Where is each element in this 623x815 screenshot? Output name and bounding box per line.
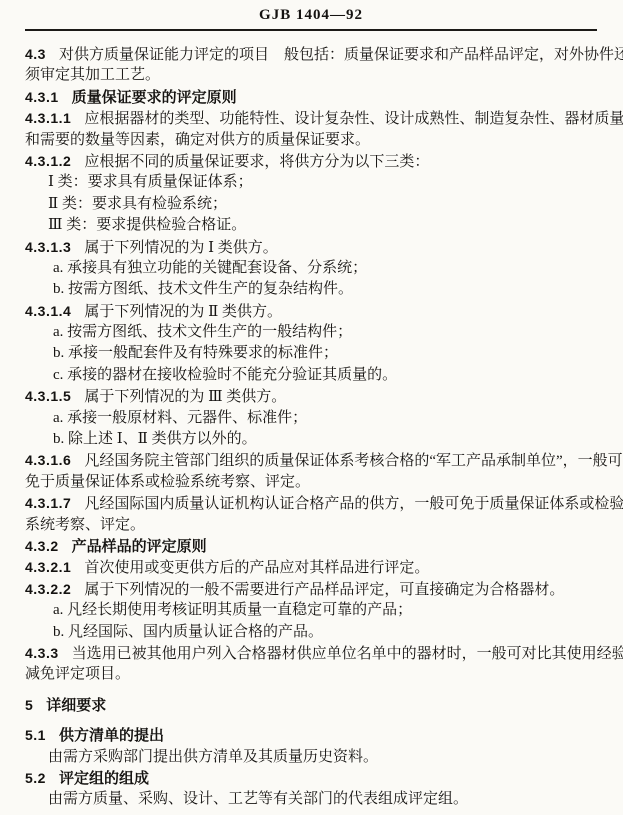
clause-number: 4.3.1.7: [25, 495, 71, 511]
clause-number: 4.3.1.4: [25, 303, 71, 319]
clause-number: 5.2: [25, 770, 46, 786]
clause-text: 属于下列情况的为 Ⅲ 类供方。: [84, 389, 286, 405]
clause-text: c. 承接的器材在接收检验时不能充分验证其质量的。: [53, 367, 397, 383]
text-line: c. 承接的器材在接收检验时不能充分验证其质量的。: [25, 365, 597, 386]
clause-text: a. 凡经长期使用考核证明其质量一直稳定可靠的产品；: [53, 602, 412, 618]
text-line: Ⅱ 类：要求具有检验系统；: [25, 194, 597, 215]
clause-number: 5: [25, 697, 33, 713]
clause-line: 4.3.1.5属于下列情况的为 Ⅲ 类供方。: [25, 386, 597, 407]
clause-line: 4.3.3当选用已被其他用户列入合格器材供应单位名单中的器材时，一般可对比其使用…: [25, 643, 597, 664]
clause-line: 4.3.1.7凡经国际国内质量认证机构认证合格产品的供方，一般可免于质量保证体系…: [25, 493, 597, 514]
clause-text: Ⅲ 类：要求提供检验合格证。: [48, 217, 246, 233]
clause-text: 首次使用或变更供方后的产品应对其样品进行评定。: [84, 560, 429, 576]
clause-text: 评定组的组成: [59, 770, 149, 787]
clause-text: 产品样品的评定原则: [72, 538, 207, 555]
text-line: 须审定其加工工艺。: [25, 65, 597, 86]
clause-text: 须审定其加工工艺。: [25, 67, 160, 83]
clause-number: 4.3.1.1: [25, 110, 71, 126]
text-line: b. 除上述 Ⅰ、Ⅱ 类供方以外的。: [25, 429, 597, 450]
clause-number: 4.3.1.3: [25, 239, 71, 255]
text-line: 系统考察、评定。: [25, 515, 597, 536]
clause-number: 4.3: [25, 46, 46, 62]
clause-line: 4.3.2产品样品的评定原则: [25, 536, 597, 557]
clause-number: 4.3.1.6: [25, 452, 71, 468]
text-line: b. 承接一般配套件及有特殊要求的标准件；: [25, 343, 597, 364]
clause-line: 5.2评定组的组成: [25, 768, 597, 789]
clause-line: 4.3.1.6凡经国务院主管部门组织的质量保证体系考核合格的“军工产品承制单位”…: [25, 450, 597, 471]
text-line: Ⅰ 类：要求具有质量保证体系；: [25, 172, 597, 193]
clause-line: 5详细要求: [25, 695, 597, 716]
clause-text: 属于下列情况的一般不需要进行产品样品评定，可直接确定为合格器材。: [84, 582, 564, 598]
clause-text: 由需方采购部门提出供方清单及其质量历史资料。: [48, 749, 378, 765]
clause-line: 4.3.1质量保证要求的评定原则: [25, 87, 597, 108]
clause-text: 应根据不同的质量保证要求，将供方分为以下三类：: [84, 154, 429, 170]
clause-number: 4.3.2: [25, 538, 59, 554]
text-line: a. 承接一般原材料、元器件、标准件；: [25, 408, 597, 429]
clause-number: 4.3.1.5: [25, 388, 71, 404]
clause-line: 4.3对供方质量保证能力评定的项目 般包括：质量保证要求和产品样品评定，对外协件…: [25, 44, 597, 65]
clause-text: 凡经国际国内质量认证机构认证合格产品的供方，一般可免于质量保证体系或检验: [84, 496, 623, 512]
clause-text: b. 承接一般配套件及有特殊要求的标准件；: [53, 345, 338, 361]
clause-text: b. 按需方图纸、技术文件生产的复杂结构件。: [53, 281, 353, 297]
standard-number-header: GJB 1404—92: [25, 6, 597, 24]
clause-text: a. 承接具有独立功能的关键配套设备、分系统；: [53, 260, 367, 276]
document-body: 4.3对供方质量保证能力评定的项目 般包括：质量保证要求和产品样品评定，对外协件…: [25, 44, 597, 811]
clause-line: 4.3.1.3属于下列情况的为 Ⅰ 类供方。: [25, 237, 597, 258]
clause-text: 属于下列情况的为 Ⅱ 类供方。: [84, 304, 282, 320]
clause-text: Ⅱ 类：要求具有检验系统；: [48, 196, 227, 212]
clause-text: 当选用已被其他用户列入合格器材供应单位名单中的器材时，一般可对比其使用经验: [72, 646, 623, 662]
clause-line: 4.3.1.4属于下列情况的为 Ⅱ 类供方。: [25, 301, 597, 322]
clause-text: 供方清单的提出: [59, 727, 164, 744]
clause-line: 4.3.1.1应根据器材的类型、功能特性、设计复杂性、设计成熟性、制造复杂性、器…: [25, 108, 597, 129]
text-line: 减免评定项目。: [25, 664, 597, 685]
text-line: 和需要的数量等因素，确定对供方的质量保证要求。: [25, 130, 597, 151]
clause-text: 免于质量保证体系或检验系统考察、评定。: [25, 474, 310, 490]
text-line: 免于质量保证体系或检验系统考察、评定。: [25, 472, 597, 493]
clause-number: 4.3.2.1: [25, 559, 71, 575]
clause-text: 对供方质量保证能力评定的项目 般包括：质量保证要求和产品样品评定，对外协件还: [59, 47, 623, 63]
clause-line: 4.3.2.1首次使用或变更供方后的产品应对其样品进行评定。: [25, 557, 597, 578]
clause-line: 4.3.1.2应根据不同的质量保证要求，将供方分为以下三类：: [25, 151, 597, 172]
clause-text: 减免评定项目。: [25, 666, 130, 682]
clause-text: 详细要求: [46, 697, 106, 714]
clause-number: 5.1: [25, 727, 46, 743]
document-page: GJB 1404—92 4.3对供方质量保证能力评定的项目 般包括：质量保证要求…: [0, 0, 623, 815]
text-line: 由需方质量、采购、设计、工艺等有关部门的代表组成评定组。: [25, 789, 597, 810]
header-rule: [25, 29, 597, 31]
clause-number: 4.3.1: [25, 89, 59, 105]
clause-line: 5.1供方清单的提出: [25, 725, 597, 746]
clause-text: 由需方质量、采购、设计、工艺等有关部门的代表组成评定组。: [48, 791, 468, 807]
clause-text: Ⅰ 类：要求具有质量保证体系；: [48, 174, 253, 190]
text-line: 由需方采购部门提出供方清单及其质量历史资料。: [25, 747, 597, 768]
clause-text: a. 按需方图纸、技术文件生产的一般结构件；: [53, 324, 352, 340]
text-line: b. 按需方图纸、技术文件生产的复杂结构件。: [25, 279, 597, 300]
clause-text: b. 除上述 Ⅰ、Ⅱ 类供方以外的。: [53, 431, 257, 447]
text-line: b. 凡经国际、国内质量认证合格的产品。: [25, 622, 597, 643]
clause-text: 质量保证要求的评定原则: [72, 89, 237, 106]
text-line: Ⅲ 类：要求提供检验合格证。: [25, 215, 597, 236]
text-line: a. 承接具有独立功能的关键配套设备、分系统；: [25, 258, 597, 279]
text-line: a. 凡经长期使用考核证明其质量一直稳定可靠的产品；: [25, 600, 597, 621]
clause-text: 凡经国务院主管部门组织的质量保证体系考核合格的“军工产品承制单位”，一般可: [84, 453, 622, 469]
clause-number: 4.3.3: [25, 645, 59, 661]
clause-text: a. 承接一般原材料、元器件、标准件；: [53, 410, 307, 426]
clause-text: 系统考察、评定。: [25, 517, 145, 533]
clause-text: 属于下列情况的为 Ⅰ 类供方。: [84, 240, 277, 256]
clause-text: 和需要的数量等因素，确定对供方的质量保证要求。: [25, 132, 370, 148]
clause-number: 4.3.2.2: [25, 581, 71, 597]
clause-line: 4.3.2.2属于下列情况的一般不需要进行产品样品评定，可直接确定为合格器材。: [25, 579, 597, 600]
clause-text: 应根据器材的类型、功能特性、设计复杂性、设计成熟性、制造复杂性、器材质量历史: [84, 111, 623, 127]
text-line: a. 按需方图纸、技术文件生产的一般结构件；: [25, 322, 597, 343]
clause-number: 4.3.1.2: [25, 153, 71, 169]
clause-text: b. 凡经国际、国内质量认证合格的产品。: [53, 624, 323, 640]
